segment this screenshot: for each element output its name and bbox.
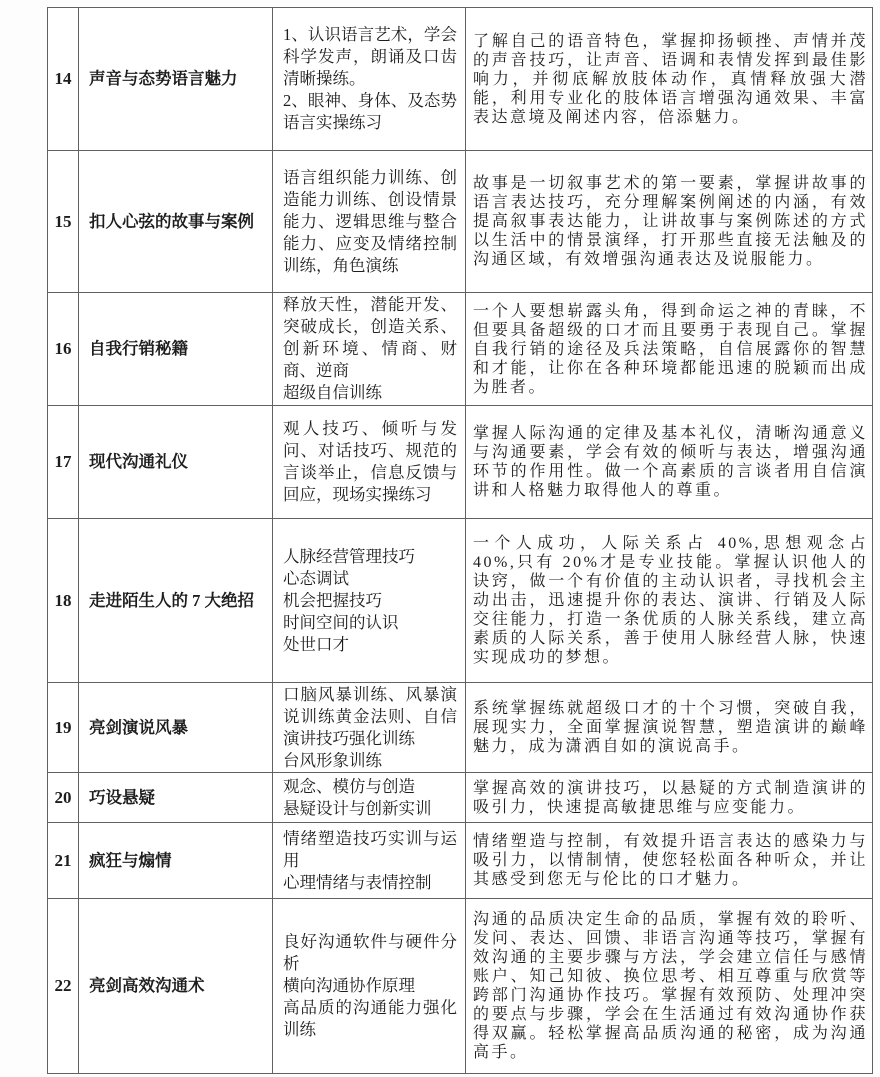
course-content-cell: 观念、模仿与创造 悬疑设计与创新实训	[273, 773, 466, 823]
course-content-cell: 观人技巧、倾听与发问、对话技巧、规范的言谈举止，信息反馈与回应，现场实操练习	[273, 406, 466, 519]
course-content-cell: 口脑风暴训练、风暴演说训练黄金法则、自信演讲技巧强化训练 台风形象训练	[273, 683, 466, 773]
course-content: 释放天性，潜能开发、突破成长，创造关系、创新环境、情商、财商、逆商 超级自信训练	[283, 294, 457, 404]
document-page: 14 声音与态势语言魅力 1、认识语言艺术，学会科学发声，朗诵及口齿清晰操练。 …	[0, 0, 880, 1077]
course-title-cell: 现代沟通礼仪	[79, 406, 273, 519]
course-title: 疯狂与煽情	[89, 850, 172, 872]
course-title-cell: 扣人心弦的故事与案例	[79, 151, 273, 293]
course-title: 声音与态势语言魅力	[89, 68, 238, 90]
course-content-cell: 良好沟通软件与硬件分析 横向沟通协作原理 高品质的沟通能力强化训练	[273, 899, 466, 1074]
course-title-cell: 疯狂与煽情	[79, 823, 273, 899]
course-content: 观人技巧、倾听与发问、对话技巧、规范的言谈举止，信息反馈与回应，现场实操练习	[283, 418, 457, 506]
course-content: 观念、模仿与创造 悬疑设计与创新实训	[283, 776, 457, 820]
course-number-cell: 14	[48, 8, 79, 151]
course-description: 了解自己的语音特色，掌握抑扬顿挫、声情并茂的声音技巧，让声音、语调和表情发挥到最…	[473, 32, 868, 127]
course-title: 走进陌生人的 7 大绝招	[89, 590, 254, 612]
course-number: 20	[55, 788, 72, 808]
course-title: 巧设悬疑	[89, 787, 155, 809]
course-content: 语言组织能力训练、创造能力训练、创设情景能力、逻辑思维与整合能力、应变及情绪控制…	[283, 167, 457, 277]
course-number-cell: 15	[48, 151, 79, 293]
course-title-cell: 巧设悬疑	[79, 773, 273, 823]
course-content: 人脉经营管理技巧 心态调试 机会把握技巧 时间空间的认识 处世口才	[283, 546, 457, 656]
course-title: 亮剑演说风暴	[89, 717, 188, 739]
course-description: 沟通的品质决定生命的品质，掌握有效的聆听、发问、表达、回馈、非语言沟通等技巧，掌…	[473, 910, 868, 1062]
course-table: 14 声音与态势语言魅力 1、认识语言艺术，学会科学发声，朗诵及口齿清晰操练。 …	[47, 7, 873, 1074]
course-number: 14	[55, 69, 72, 89]
course-title-cell: 亮剑高效沟通术	[79, 899, 273, 1074]
course-number-cell: 22	[48, 899, 79, 1074]
course-number-cell: 17	[48, 406, 79, 519]
course-title-cell: 走进陌生人的 7 大绝招	[79, 519, 273, 683]
course-description: 系统掌握练就超级口才的十个习惯，突破自我，展现实力，全面掌握演说智慧，塑造演讲的…	[473, 699, 868, 756]
course-description-cell: 掌握高效的演讲技巧，以悬疑的方式制造演讲的吸引力，快速提高敏捷思维与应变能力。	[466, 773, 873, 823]
course-description-cell: 系统掌握练就超级口才的十个习惯，突破自我，展现实力，全面掌握演说智慧，塑造演讲的…	[466, 683, 873, 773]
course-description: 情绪塑造与控制，有效提升语言表达的感染力与吸引力，以情制情，使您轻松面各种听众，…	[473, 832, 868, 889]
course-description: 一个人要想崭露头角，得到命运之神的青睐，不但要具备超级的口才而且要勇于表现自己。…	[473, 302, 868, 397]
course-title-cell: 自我行销秘籍	[79, 293, 273, 406]
course-description: 掌握高效的演讲技巧，以悬疑的方式制造演讲的吸引力，快速提高敏捷思维与应变能力。	[473, 779, 868, 817]
course-number: 18	[55, 591, 72, 611]
course-title: 亮剑高效沟通术	[89, 975, 205, 997]
course-number: 22	[55, 976, 72, 996]
course-description-cell: 了解自己的语音特色，掌握抑扬顿挫、声情并茂的声音技巧，让声音、语调和表情发挥到最…	[466, 8, 873, 151]
course-content-cell: 1、认识语言艺术，学会科学发声，朗诵及口齿清晰操练。 2、眼神、身体、及态势语言…	[273, 8, 466, 151]
course-content: 情绪塑造技巧实训与运用 心理情绪与表情控制	[283, 828, 457, 894]
course-description: 一个人成功，人际关系占 40%,思想观念占 40%,只有 20%才是专业技能。掌…	[473, 534, 868, 667]
course-content: 口脑风暴训练、风暴演说训练黄金法则、自信演讲技巧强化训练 台风形象训练	[283, 684, 457, 772]
course-content-cell: 释放天性，潜能开发、突破成长，创造关系、创新环境、情商、财商、逆商 超级自信训练	[273, 293, 466, 406]
course-content-cell: 语言组织能力训练、创造能力训练、创设情景能力、逻辑思维与整合能力、应变及情绪控制…	[273, 151, 466, 293]
course-number-cell: 20	[48, 773, 79, 823]
course-number-cell: 16	[48, 293, 79, 406]
course-number-cell: 18	[48, 519, 79, 683]
course-number: 19	[55, 718, 72, 738]
course-description-cell: 情绪塑造与控制，有效提升语言表达的感染力与吸引力，以情制情，使您轻松面各种听众，…	[466, 823, 873, 899]
course-number: 21	[55, 851, 72, 871]
course-number-cell: 19	[48, 683, 79, 773]
course-content: 1、认识语言艺术，学会科学发声，朗诵及口齿清晰操练。 2、眼神、身体、及态势语言…	[283, 24, 457, 134]
course-number: 15	[55, 212, 72, 232]
course-number: 16	[55, 339, 72, 359]
course-title: 现代沟通礼仪	[89, 451, 188, 473]
course-description-cell: 沟通的品质决定生命的品质，掌握有效的聆听、发问、表达、回馈、非语言沟通等技巧，掌…	[466, 899, 873, 1074]
course-description-cell: 掌握人际沟通的定律及基本礼仪，清晰沟通意义与沟通要素，学会有效的倾听与表达，增强…	[466, 406, 873, 519]
course-description: 掌握人际沟通的定律及基本礼仪，清晰沟通意义与沟通要素，学会有效的倾听与表达，增强…	[473, 424, 868, 500]
course-title: 扣人心弦的故事与案例	[89, 211, 254, 233]
course-description: 故事是一切叙事艺术的第一要素，掌握讲故事的语言表达技巧，充分理解案例阐述的内涵，…	[473, 174, 868, 269]
course-title: 自我行销秘籍	[89, 338, 188, 360]
course-description-cell: 一个人要想崭露头角，得到命运之神的青睐，不但要具备超级的口才而且要勇于表现自己。…	[466, 293, 873, 406]
course-content-cell: 情绪塑造技巧实训与运用 心理情绪与表情控制	[273, 823, 466, 899]
course-content-cell: 人脉经营管理技巧 心态调试 机会把握技巧 时间空间的认识 处世口才	[273, 519, 466, 683]
course-description-cell: 一个人成功，人际关系占 40%,思想观念占 40%,只有 20%才是专业技能。掌…	[466, 519, 873, 683]
course-title-cell: 亮剑演说风暴	[79, 683, 273, 773]
course-title-cell: 声音与态势语言魅力	[79, 8, 273, 151]
course-description-cell: 故事是一切叙事艺术的第一要素，掌握讲故事的语言表达技巧，充分理解案例阐述的内涵，…	[466, 151, 873, 293]
course-content: 良好沟通软件与硬件分析 横向沟通协作原理 高品质的沟通能力强化训练	[283, 931, 457, 1041]
course-number-cell: 21	[48, 823, 79, 899]
course-number: 17	[55, 452, 72, 472]
